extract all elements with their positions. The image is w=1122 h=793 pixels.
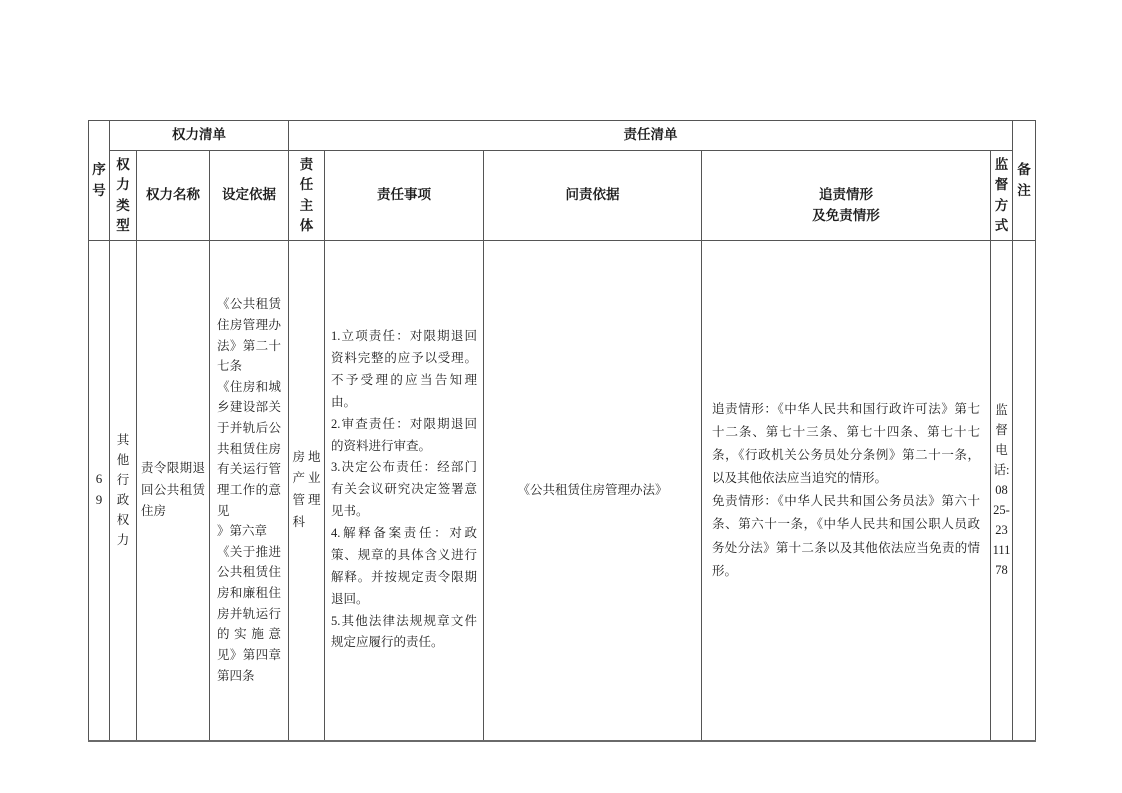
power-type-value: 其他行政权力 (116, 430, 130, 550)
header-setting-basis: 设定依据 (210, 151, 289, 241)
header-accountability-basis: 问责依据 (484, 151, 702, 241)
header-responsibility-list-label: 责任清单 (624, 127, 678, 142)
header-pursuit-exemption: 追责情形 及免责情形 (702, 151, 991, 241)
accountability-basis-value: 《公共租赁住房管理办法》 (518, 483, 668, 497)
header-remark-label: 备注 (1017, 160, 1032, 201)
cell-resp-items: 1.立项责任：对限期退回资料完整的应予以受理。不予受理的应当告知理由。 2.审查… (325, 241, 484, 741)
table-row: 69 其他行政权力 责令限期退回公共租赁住房 《公共租赁住房管理办法》第二十七条… (89, 241, 1036, 741)
cell-supervision-method: 监督电话:0825-2311178 (991, 241, 1013, 741)
cell-setting-basis: 《公共租赁住房管理办法》第二十七条 《住房和城乡建设部关于并轨后公共租赁住房有关… (210, 241, 289, 741)
header-power-list-label: 权力清单 (172, 127, 226, 142)
header-supervision-method: 监督方式 (991, 151, 1013, 241)
cell-power-type: 其他行政权力 (110, 241, 137, 741)
power-responsibility-table: 序号 权力清单 责任清单 备注 权力类型 权力名称 设定依据 责任主体 (88, 120, 1036, 742)
header-power-list: 权力清单 (110, 121, 289, 151)
header-resp-items: 责任事项 (325, 151, 484, 241)
header-remark: 备注 (1013, 121, 1036, 241)
cell-resp-subject: 房地产业管理科 (289, 241, 325, 741)
header-resp-items-label: 责任事项 (377, 187, 431, 202)
header-power-name: 权力名称 (137, 151, 210, 241)
header-power-type: 权力类型 (110, 151, 137, 241)
cell-seq: 69 (89, 241, 110, 741)
cell-remark (1013, 241, 1036, 741)
seq-value: 69 (95, 469, 103, 511)
header-setting-basis-label: 设定依据 (222, 187, 276, 202)
header-pursuit-exemption-label: 追责情形 及免责情形 (812, 187, 880, 222)
header-resp-subject-label: 责任主体 (299, 155, 314, 236)
header-seq: 序号 (89, 121, 110, 241)
cell-power-name: 责令限期退回公共租赁住房 (137, 241, 210, 741)
header-seq-label: 序号 (92, 160, 107, 201)
cell-accountability-basis: 《公共租赁住房管理办法》 (484, 241, 702, 741)
header-power-name-label: 权力名称 (146, 187, 200, 202)
cell-pursuit-exemption: 追责情形：《中华人民共和国行政许可法》第七十二条、第七十三条、第七十四条、第七十… (702, 241, 991, 741)
page-body: 序号 权力清单 责任清单 备注 权力类型 权力名称 设定依据 责任主体 (88, 120, 1036, 742)
header-responsibility-list: 责任清单 (289, 121, 1013, 151)
header-accountability-basis-label: 问责依据 (566, 187, 620, 202)
header-resp-subject: 责任主体 (289, 151, 325, 241)
power-name-value: 责令限期退回公共租赁住房 (141, 461, 205, 518)
resp-subject-value: 房地产业管理科 (293, 447, 321, 535)
header-supervision-method-label: 监督方式 (994, 155, 1009, 236)
supervision-method-value: 监督电话:0825-2311178 (993, 400, 1011, 580)
header-power-type-label: 权力类型 (116, 155, 131, 236)
